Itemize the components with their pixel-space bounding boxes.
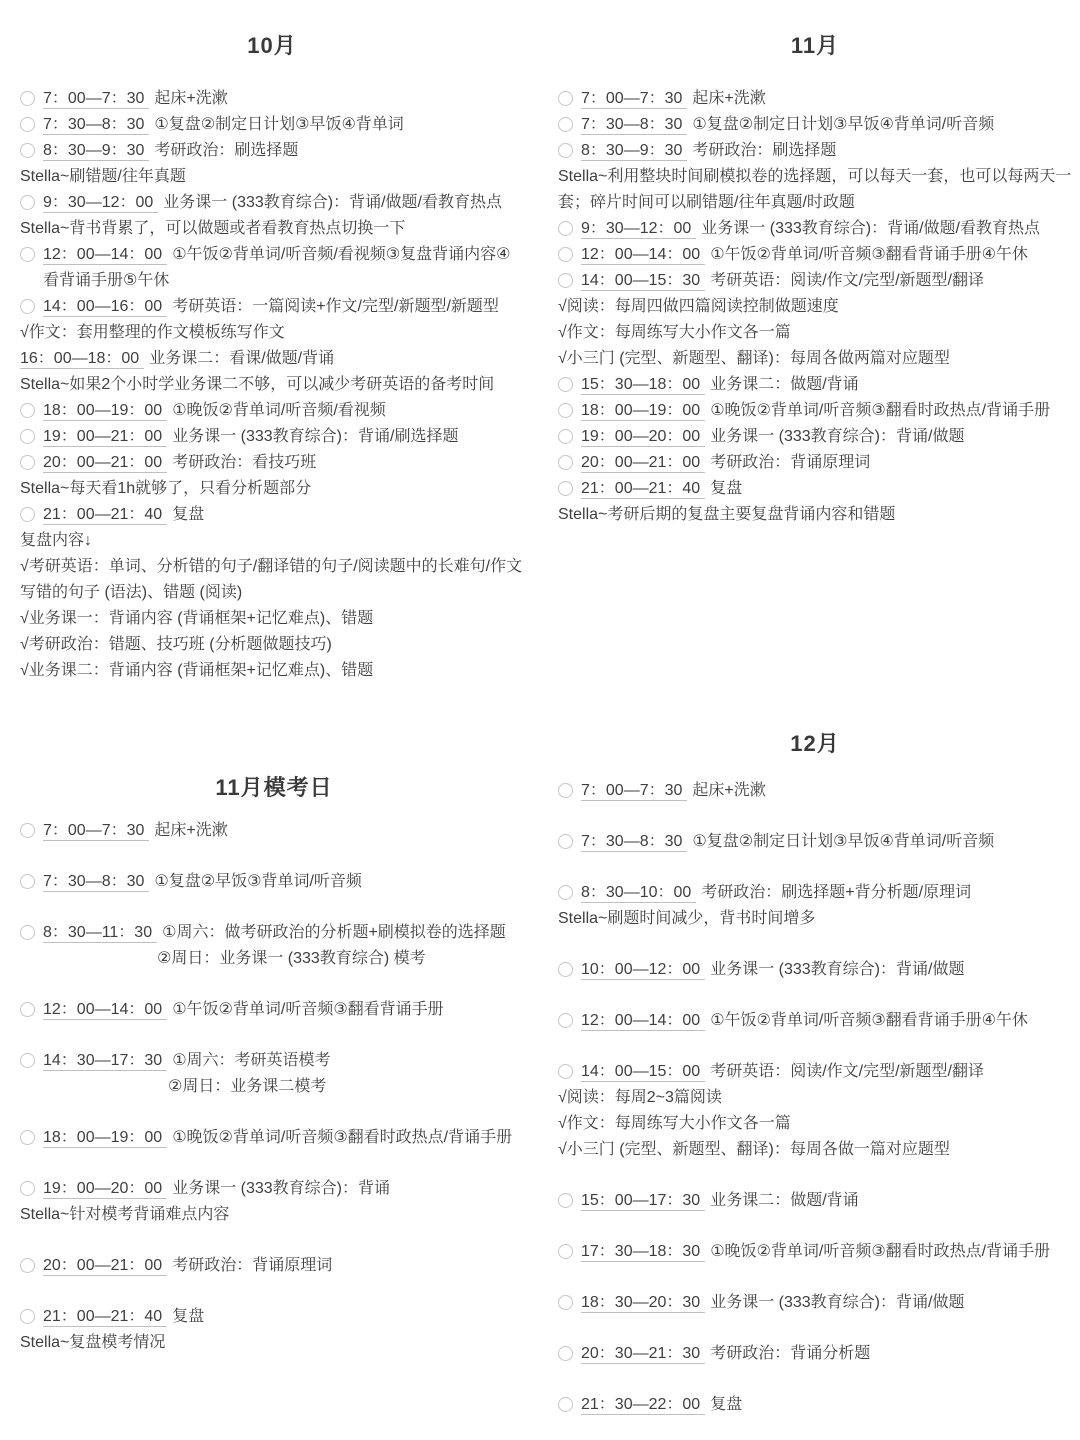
time-range: 7：00—7：30 [581, 782, 687, 801]
task-text: 复盘 [710, 480, 742, 497]
schedule-item: 12：00—14：00①午饭②背单词/听音频/看视频③复盘背诵内容④看背诵手册⑤… [20, 242, 524, 294]
note-line: Stella~考研后期的复盘主要复盘背诵内容和错题 [558, 502, 1072, 528]
time-range: 7：30—8：30 [581, 116, 687, 135]
schedule-block: 21：00—21：40复盘Stella~考研后期的复盘主要复盘背诵内容和错题 [558, 476, 1072, 528]
sub-item: ②周日：业务课一 (333教育综合) 模考 [20, 946, 528, 972]
item-content: 19：00—20：00业务课一 (333教育综合)：背诵 [43, 1176, 528, 1202]
item-content: 20：00—21：00考研政治：看技巧班 [43, 450, 524, 476]
task-text: 业务课二：做题/背诵 [710, 376, 858, 393]
schedule-block: 14：30—17：30①周六：考研英语模考②周日：业务课二模考 [20, 1048, 528, 1100]
schedule-item: 19：00—20：00业务课一 (333教育综合)：背诵/做题 [558, 424, 1072, 450]
time-range: 15：30—18：00 [581, 376, 705, 395]
item-content: 18：00—19：00①晚饭②背单词/听音频③翻看时政热点/背诵手册 [581, 398, 1072, 424]
time-range: 14：00—15：30 [581, 272, 705, 291]
schedule-item: 20：00—21：00考研政治：背诵原理词 [558, 450, 1072, 476]
section-title: 11月模考日 [20, 772, 528, 804]
time-range: 7：30—8：30 [43, 116, 149, 135]
note-line: √阅读：每周四做四篇阅读控制做题速度 [558, 294, 1072, 320]
schedule-item: 8：30—9：30考研政治：刷选择题 [20, 138, 524, 164]
checkbox-circle-icon[interactable] [20, 925, 35, 940]
task-text: ①晚饭②背单词/听音频/看视频 [172, 402, 386, 419]
task-text: 考研政治：刷选择题+背分析题/原理词 [701, 884, 971, 901]
time-range: 14：00—15：00 [581, 1063, 705, 1082]
checkbox-circle-icon[interactable] [558, 403, 573, 418]
item-content: 7：00—7：30起床+洗漱 [43, 818, 528, 844]
item-content: 19：00—21：00业务课一 (333教育综合)：背诵/刷选择题 [43, 424, 524, 450]
checkbox-circle-icon[interactable] [20, 299, 35, 314]
time-range: 7：00—7：30 [581, 90, 687, 109]
item-content: 8：30—10：00考研政治：刷选择题+背分析题/原理词 [581, 880, 1072, 906]
task-text: ①午饭②背单词/听音频③翻看背诵手册④午休 [710, 1012, 1028, 1029]
item-content: 17：30—18：30①晚饭②背单词/听音频③翻看时政热点/背诵手册 [581, 1239, 1072, 1265]
time-range: 18：00—19：00 [43, 1129, 167, 1148]
item-content: 15：00—17：30业务课二：做题/背诵 [581, 1188, 1072, 1214]
schedule-block: 18：00—19：00①晚饭②背单词/听音频③翻看时政热点/背诵手册 [20, 1125, 528, 1151]
schedule-item: 7：00—7：30起床+洗漱 [20, 86, 524, 112]
time-range: 21：30—22：00 [581, 1396, 705, 1415]
schedule-item: 7：30—8：30①复盘②制定日计划③早饭④背单词 [20, 112, 524, 138]
schedule-block: √业务课二：背诵内容 (背诵框架+记忆难点)、错题 [20, 658, 524, 684]
item-content: 12：00—14：00①午饭②背单词/听音频③翻看背诵手册④午休 [581, 242, 1072, 268]
schedule-block: 9：30—12：00业务课一 (333教育综合)：背诵/做题/看教育热点Stel… [20, 190, 524, 242]
task-text: 业务课二：做题/背诵 [710, 1192, 858, 1209]
schedule-item: 12：00—14：00①午饭②背单词/听音频③翻看背诵手册 [20, 997, 528, 1023]
schedule-item: 7：30—8：30①复盘②制定日计划③早饭④背单词/听音频 [558, 112, 1072, 138]
schedule-block: 21：00—21：40复盘Stella~复盘模考情况 [20, 1304, 528, 1356]
time-range: 7：00—7：30 [43, 90, 149, 109]
task-text: ①晚饭②背单词/听音频③翻看时政热点/背诵手册 [710, 402, 1050, 419]
task-text: 业务课二：看课/做题/背诵 [149, 350, 334, 367]
schedule-block: 12：00—14：00①午饭②背单词/听音频/看视频③复盘背诵内容④看背诵手册⑤… [20, 242, 524, 294]
checkbox-circle-icon[interactable] [20, 247, 35, 262]
section-nov-mock: 11月模考日7：00—7：30起床+洗漱7：30—8：30①复盘②早饭③背单词/… [20, 772, 528, 1356]
schedule-block: 16：00—18：00业务课二：看课/做题/背诵Stella~如果2个小时学业务… [20, 346, 524, 398]
task-text: 业务课一 (333教育综合)：背诵/做题/看教育热点 [701, 220, 1040, 237]
section-oct: 10月7：00—7：30起床+洗漱7：30—8：30①复盘②制定日计划③早饭④背… [20, 30, 524, 684]
item-content: 12：00—14：00①午饭②背单词/听音频③翻看背诵手册④午休 [581, 1008, 1072, 1034]
schedule-block: 9：30—12：00业务课一 (333教育综合)：背诵/做题/看教育热点 [558, 216, 1072, 242]
task-text: ①周六：做考研政治的分析题+刷模拟卷的选择题 [162, 924, 506, 941]
time-range: 8：30—10：00 [581, 884, 696, 903]
schedule-block: 21：00—21：40复盘 [20, 502, 524, 528]
checkbox-circle-icon[interactable] [20, 429, 35, 444]
task-text: 考研政治：刷选择题 [154, 142, 298, 159]
time-range: 12：00—14：00 [581, 246, 705, 265]
item-content: 10：00—12：00业务课一 (333教育综合)：背诵/做题 [581, 957, 1072, 983]
schedule-item: 10：00—12：00业务课一 (333教育综合)：背诵/做题 [558, 957, 1072, 983]
schedule-block: 7：00—7：30起床+洗漱 [20, 86, 524, 112]
time-range: 19：00—20：00 [43, 1180, 167, 1199]
schedule-item: 14：00—16：00考研英语：一篇阅读+作文/完型/新题型/新题型 [20, 294, 524, 320]
schedule-item: 7：30—8：30①复盘②制定日计划③早饭④背单词/听音频 [558, 829, 1072, 855]
item-content: 14：00—15：00考研英语：阅读/作文/完型/新题型/翻译 [581, 1059, 1072, 1085]
schedule-block: 19：00—20：00业务课一 (333教育综合)：背诵/做题 [558, 424, 1072, 450]
time-range: 7：30—8：30 [581, 833, 687, 852]
schedule-block: √业务课一：背诵内容 (背诵框架+记忆难点)、错题 [20, 606, 524, 632]
note-line: √业务课一：背诵内容 (背诵框架+记忆难点)、错题 [20, 606, 524, 632]
schedule-item: 19：00—21：00业务课一 (333教育综合)：背诵/刷选择题 [20, 424, 524, 450]
section-title: 10月 [20, 30, 524, 62]
schedule-item: 20：00—21：00考研政治：看技巧班 [20, 450, 524, 476]
checkbox-circle-icon[interactable] [558, 1346, 573, 1361]
schedule-item: 8：30—11：30①周六：做考研政治的分析题+刷模拟卷的选择题 [20, 920, 528, 946]
schedule-block: 14：00—16：00考研英语：一篇阅读+作文/完型/新题型/新题型√作文：套用… [20, 294, 524, 346]
item-content: 20：00—21：00考研政治：背诵原理词 [43, 1253, 528, 1279]
schedule-block: 8：30—11：30①周六：做考研政治的分析题+刷模拟卷的选择题②周日：业务课一… [20, 920, 528, 972]
schedule-item: 7：30—8：30①复盘②早饭③背单词/听音频 [20, 869, 528, 895]
note-line: Stella~背书背累了，可以做题或者看教育热点切换一下 [20, 216, 524, 242]
item-content: 7：00—7：30起床+洗漱 [43, 86, 524, 112]
task-text: ①周六：考研英语模考 [172, 1052, 330, 1069]
task-text: 复盘 [710, 1396, 742, 1413]
checkbox-circle-icon[interactable] [20, 1309, 35, 1324]
task-text: ①午饭②背单词/听音频③翻看背诵手册④午休 [710, 246, 1028, 263]
note-line: √作文：套用整理的作文模板练写作文 [20, 320, 524, 346]
task-text: 业务课一 (333教育综合)：背诵/做题 [710, 961, 964, 978]
checkbox-circle-icon[interactable] [20, 403, 35, 418]
note-line: √小三门 (完型、新题型、翻译)：每周各做两篇对应题型 [558, 346, 1072, 372]
task-text: ①晚饭②背单词/听音频③翻看时政热点/背诵手册 [710, 1243, 1050, 1260]
schedule-block: 10：00—12：00业务课一 (333教育综合)：背诵/做题 [558, 957, 1072, 983]
schedule-block: 15：00—17：30业务课二：做题/背诵 [558, 1188, 1072, 1214]
time-range: 15：00—17：30 [581, 1192, 705, 1211]
schedule-item: 20：30—21：30考研政治：背诵分析题 [558, 1341, 1072, 1367]
checkbox-circle-icon[interactable] [558, 429, 573, 444]
note-line: √业务课二：背诵内容 (背诵框架+记忆难点)、错题 [20, 658, 524, 684]
time-range: 20：00—21：00 [43, 1257, 167, 1276]
checkbox-circle-icon[interactable] [558, 273, 573, 288]
note-line: √阅读：每周2~3篇阅读 [558, 1085, 1072, 1111]
schedule-block: 8：30—9：30考研政治：刷选择题Stella~刷错题/往年真题 [20, 138, 524, 190]
task-text: 考研政治：刷选择题 [692, 142, 836, 159]
schedule-item: 21：00—21：40复盘 [20, 1304, 528, 1330]
time-range: 8：30—9：30 [581, 142, 687, 161]
schedule-item-no-checkbox: 16：00—18：00业务课二：看课/做题/背诵 [20, 346, 524, 372]
time-range: 20：30—21：30 [581, 1345, 705, 1364]
task-text: ①晚饭②背单词/听音频③翻看时政热点/背诵手册 [172, 1129, 512, 1146]
item-content: 7：00—7：30起床+洗漱 [581, 778, 1072, 804]
time-range: 17：30—18：30 [581, 1243, 705, 1262]
item-content: 18：30—20：30业务课一 (333教育综合)：背诵/做题 [581, 1290, 1072, 1316]
schedule-block: 7：00—7：30起床+洗漱 [558, 778, 1072, 804]
checkbox-circle-icon[interactable] [20, 507, 35, 522]
schedule-item: 12：00—14：00①午饭②背单词/听音频③翻看背诵手册④午休 [558, 1008, 1072, 1034]
checkbox-circle-icon[interactable] [558, 91, 573, 106]
schedule-block: 19：00—21：00业务课一 (333教育综合)：背诵/刷选择题 [20, 424, 524, 450]
note-line: √考研政治：错题、技巧班 (分析题做题技巧) [20, 632, 524, 658]
time-range: 18：00—19：00 [43, 402, 167, 421]
time-range: 19：00—21：00 [43, 428, 167, 447]
task-text: 业务课一 (333教育综合)：背诵/做题/看教育热点 [163, 194, 502, 211]
checkbox-circle-icon[interactable] [558, 962, 573, 977]
time-range: 16：00—18：00 [20, 350, 144, 369]
schedule-block: √考研政治：错题、技巧班 (分析题做题技巧) [20, 632, 524, 658]
schedule-block: 20：00—21：00考研政治：背诵原理词 [20, 1253, 528, 1279]
schedule-block: 17：30—18：30①晚饭②背单词/听音频③翻看时政热点/背诵手册 [558, 1239, 1072, 1265]
schedule-item: 12：00—14：00①午饭②背单词/听音频③翻看背诵手册④午休 [558, 242, 1072, 268]
checkbox-circle-icon[interactable] [20, 1130, 35, 1145]
item-content: 19：00—20：00业务课一 (333教育综合)：背诵/做题 [581, 424, 1072, 450]
time-range: 18：30—20：30 [581, 1294, 705, 1313]
note-line: √作文：每周练写大小作文各一篇 [558, 1111, 1072, 1137]
schedule-item: 21：00—21：40复盘 [20, 502, 524, 528]
item-content: 21：00—21：40复盘 [43, 1304, 528, 1330]
item-content: 7：30—8：30①复盘②制定日计划③早饭④背单词 [43, 112, 524, 138]
schedule-block: 20：30—21：30考研政治：背诵分析题 [558, 1341, 1072, 1367]
task-text: ①复盘②早饭③背单词/听音频 [154, 873, 361, 890]
item-content: 9：30—12：00业务课一 (333教育综合)：背诵/做题/看教育热点 [581, 216, 1072, 242]
schedule-block: 12：00—14：00①午饭②背单词/听音频③翻看背诵手册 [20, 997, 528, 1023]
note-line: Stella~每天看1h就够了，只看分析题部分 [20, 476, 524, 502]
note-line: √小三门 (完型、新题型、翻译)：每周各做一篇对应题型 [558, 1137, 1072, 1163]
task-text: 起床+洗漱 [692, 90, 765, 107]
checkbox-circle-icon[interactable] [20, 1053, 35, 1068]
note-line: Stella~刷题时间减少，背书时间增多 [558, 906, 1072, 932]
checkbox-circle-icon[interactable] [558, 221, 573, 236]
item-content: 12：00—14：00①午饭②背单词/听音频③翻看背诵手册 [43, 997, 528, 1023]
schedule-item: 14：00—15：30考研英语：阅读/作文/完型/新题型/翻译 [558, 268, 1072, 294]
task-text: 复盘 [172, 506, 204, 523]
time-range: 8：30—9：30 [43, 142, 149, 161]
schedule-item: 8：30—9：30考研政治：刷选择题 [558, 138, 1072, 164]
item-content: 14：00—15：30考研英语：阅读/作文/完型/新题型/翻译 [581, 268, 1072, 294]
schedule-item: 21：30—22：00复盘 [558, 1392, 1072, 1418]
task-text: 考研政治：看技巧班 [172, 454, 316, 471]
schedule-block: 20：00—21：00考研政治：背诵原理词 [558, 450, 1072, 476]
time-range: 10：00—12：00 [581, 961, 705, 980]
schedule-block: 7：30—8：30①复盘②制定日计划③早饭④背单词/听音频 [558, 829, 1072, 855]
schedule-block: 15：30—18：00业务课二：做题/背诵 [558, 372, 1072, 398]
time-range: 12：00—14：00 [43, 246, 167, 265]
checkbox-circle-icon[interactable] [558, 1295, 573, 1310]
checkbox-circle-icon[interactable] [558, 143, 573, 158]
schedule-item: 18：00—19：00①晚饭②背单词/听音频③翻看时政热点/背诵手册 [20, 1125, 528, 1151]
time-range: 18：00—19：00 [581, 402, 705, 421]
time-range: 9：30—12：00 [581, 220, 696, 239]
item-content: 18：00—19：00①晚饭②背单词/听音频/看视频 [43, 398, 524, 424]
task-text: 起床+洗漱 [692, 782, 765, 799]
item-content: 7：30—8：30①复盘②早饭③背单词/听音频 [43, 869, 528, 895]
schedule-block: 复盘内容↓ [20, 528, 524, 554]
section-title: 12月 [558, 728, 1072, 760]
schedule-item: 20：00—21：00考研政治：背诵原理词 [20, 1253, 528, 1279]
task-text: 考研政治：背诵原理词 [172, 1257, 332, 1274]
task-text: 复盘 [172, 1308, 204, 1325]
task-text: 考研英语：阅读/作文/完型/新题型/翻译 [710, 1063, 984, 1080]
time-range: 7：00—7：30 [43, 822, 149, 841]
time-range: 21：00—21：40 [581, 480, 705, 499]
checkbox-circle-icon[interactable] [20, 874, 35, 889]
schedule-item: 7：00—7：30起床+洗漱 [20, 818, 528, 844]
item-content: 21：30—22：00复盘 [581, 1392, 1072, 1418]
schedule-item: 7：00—7：30起床+洗漱 [558, 86, 1072, 112]
schedule-block: 14：00—15：00考研英语：阅读/作文/完型/新题型/翻译√阅读：每周2~3… [558, 1059, 1072, 1163]
schedule-block: 18：30—20：30业务课一 (333教育综合)：背诵/做题 [558, 1290, 1072, 1316]
schedule-item: 7：00—7：30起床+洗漱 [558, 778, 1072, 804]
schedule-block: √考研英语：单词、分析错的句子/翻译错的句子/阅读题中的长难句/作文写错的句子 … [20, 554, 524, 606]
checkbox-circle-icon[interactable] [558, 481, 573, 496]
note-line: Stella~复盘模考情况 [20, 1330, 528, 1356]
schedule-block: 20：00—21：00考研政治：看技巧班Stella~每天看1h就够了，只看分析… [20, 450, 524, 502]
item-content: 9：30—12：00业务课一 (333教育综合)：背诵/做题/看教育热点 [43, 190, 524, 216]
checkbox-circle-icon[interactable] [20, 1258, 35, 1273]
schedule-block: 7：30—8：30①复盘②制定日计划③早饭④背单词/听音频 [558, 112, 1072, 138]
schedule-item: 19：00—20：00业务课一 (333教育综合)：背诵 [20, 1176, 528, 1202]
checkbox-circle-icon[interactable] [558, 247, 573, 262]
checkbox-circle-icon[interactable] [558, 1013, 573, 1028]
item-content: 7：30—8：30①复盘②制定日计划③早饭④背单词/听音频 [581, 829, 1072, 855]
schedule-block: 14：00—15：30考研英语：阅读/作文/完型/新题型/翻译√阅读：每周四做四… [558, 268, 1072, 372]
note-line: Stella~利用整块时间刷模拟卷的选择题，可以每天一套，也可以每两天一套；碎片… [558, 164, 1072, 216]
task-text: 业务课一 (333教育综合)：背诵/刷选择题 [172, 428, 458, 445]
task-text: 业务课一 (333教育综合)：背诵/做题 [710, 428, 964, 445]
item-content: 8：30—11：30①周六：做考研政治的分析题+刷模拟卷的选择题 [43, 920, 528, 946]
task-text: 考研政治：背诵分析题 [710, 1345, 870, 1362]
time-range: 14：30—17：30 [43, 1052, 167, 1071]
checkbox-circle-icon[interactable] [20, 455, 35, 470]
schedule-block: 18：00—19：00①晚饭②背单词/听音频③翻看时政热点/背诵手册 [558, 398, 1072, 424]
time-range: 7：30—8：30 [43, 873, 149, 892]
item-content: 8：30—9：30考研政治：刷选择题 [43, 138, 524, 164]
item-content: 18：00—19：00①晚饭②背单词/听音频③翻看时政热点/背诵手册 [43, 1125, 528, 1151]
task-text: ①午饭②背单词/听音频③翻看背诵手册 [172, 1001, 443, 1018]
task-text: 考研英语：阅读/作文/完型/新题型/翻译 [710, 272, 984, 289]
note-line: Stella~如果2个小时学业务课二不够，可以减少考研英语的备考时间 [20, 372, 524, 398]
item-content: 12：00—14：00①午饭②背单词/听音频/看视频③复盘背诵内容④看背诵手册⑤… [43, 242, 524, 294]
time-range: 20：00—21：00 [43, 454, 167, 473]
schedule-block: 7：30—8：30①复盘②早饭③背单词/听音频 [20, 869, 528, 895]
time-range: 21：00—21：40 [43, 1308, 167, 1327]
schedule-item: 14：30—17：30①周六：考研英语模考 [20, 1048, 528, 1074]
schedule-item: 21：00—21：40复盘 [558, 476, 1072, 502]
schedule-item: 17：30—18：30①晚饭②背单词/听音频③翻看时政热点/背诵手册 [558, 1239, 1072, 1265]
item-content: 7：00—7：30起床+洗漱 [581, 86, 1072, 112]
item-content: 14：00—16：00考研英语：一篇阅读+作文/完型/新题型/新题型 [43, 294, 524, 320]
checkbox-circle-icon[interactable] [558, 1244, 573, 1259]
checkbox-circle-icon[interactable] [558, 1397, 573, 1412]
time-range: 21：00—21：40 [43, 506, 167, 525]
sub-item: ②周日：业务课二模考 [20, 1074, 528, 1100]
schedule-item: 9：30—12：00业务课一 (333教育综合)：背诵/做题/看教育热点 [20, 190, 524, 216]
task-text: 起床+洗漱 [154, 90, 227, 107]
time-range: 8：30—11：30 [43, 924, 157, 943]
task-text: ①复盘②制定日计划③早饭④背单词/听音频 [692, 116, 994, 133]
schedule-item: 18：00—19：00①晚饭②背单词/听音频③翻看时政热点/背诵手册 [558, 398, 1072, 424]
schedule-block: 19：00—20：00业务课一 (333教育综合)：背诵Stella~针对模考背… [20, 1176, 528, 1228]
item-content: 14：30—17：30①周六：考研英语模考 [43, 1048, 528, 1074]
task-text: 起床+洗漱 [154, 822, 227, 839]
item-content: 20：00—21：00考研政治：背诵原理词 [581, 450, 1072, 476]
note-line: √作文：每周练写大小作文各一篇 [558, 320, 1072, 346]
time-range: 9：30—12：00 [43, 194, 158, 213]
checkbox-circle-icon[interactable] [20, 117, 35, 132]
schedule-block: 21：30—22：00复盘 [558, 1392, 1072, 1418]
schedule-block: 7：00—7：30起床+洗漱 [558, 86, 1072, 112]
item-content: 20：30—21：30考研政治：背诵分析题 [581, 1341, 1072, 1367]
schedule-block: 12：00—14：00①午饭②背单词/听音频③翻看背诵手册④午休 [558, 242, 1072, 268]
schedule-block: 7：30—8：30①复盘②制定日计划③早饭④背单词 [20, 112, 524, 138]
time-range: 12：00—14：00 [43, 1001, 167, 1020]
section-dec: 12月7：00—7：30起床+洗漱7：30—8：30①复盘②制定日计划③早饭④背… [558, 728, 1072, 1418]
task-text: ①复盘②制定日计划③早饭④背单词 [154, 116, 403, 133]
checkbox-circle-icon[interactable] [20, 1181, 35, 1196]
schedule-block: 8：30—9：30考研政治：刷选择题Stella~利用整块时间刷模拟卷的选择题，… [558, 138, 1072, 216]
time-range: 14：00—16：00 [43, 298, 167, 317]
item-content: 21：00—21：40复盘 [581, 476, 1072, 502]
checkbox-circle-icon[interactable] [20, 195, 35, 210]
note-line: √考研英语：单词、分析错的句子/翻译错的句子/阅读题中的长难句/作文写错的句子 … [20, 554, 524, 606]
checkbox-circle-icon[interactable] [20, 91, 35, 106]
checkbox-circle-icon[interactable] [558, 1193, 573, 1208]
task-text: 考研政治：背诵原理词 [710, 454, 870, 471]
task-text: 业务课一 (333教育综合)：背诵/做题 [710, 1294, 964, 1311]
item-content: 21：00—21：40复盘 [43, 502, 524, 528]
checkbox-circle-icon[interactable] [558, 834, 573, 849]
schedule-item: 15：30—18：00业务课二：做题/背诵 [558, 372, 1072, 398]
schedule-block: 8：30—10：00考研政治：刷选择题+背分析题/原理词Stella~刷题时间减… [558, 880, 1072, 932]
schedule-item: 14：00—15：00考研英语：阅读/作文/完型/新题型/翻译 [558, 1059, 1072, 1085]
schedule-block: 12：00—14：00①午饭②背单词/听音频③翻看背诵手册④午休 [558, 1008, 1072, 1034]
item-content: 15：30—18：00业务课二：做题/背诵 [581, 372, 1072, 398]
schedule-item: 9：30—12：00业务课一 (333教育综合)：背诵/做题/看教育热点 [558, 216, 1072, 242]
schedule-item: 15：00—17：30业务课二：做题/背诵 [558, 1188, 1072, 1214]
schedule-item: 8：30—10：00考研政治：刷选择题+背分析题/原理词 [558, 880, 1072, 906]
time-range: 20：00—21：00 [581, 454, 705, 473]
checkbox-circle-icon[interactable] [558, 885, 573, 900]
checkbox-circle-icon[interactable] [558, 783, 573, 798]
checkbox-circle-icon[interactable] [558, 117, 573, 132]
schedule-block: 18：00—19：00①晚饭②背单词/听音频/看视频 [20, 398, 524, 424]
section-title: 11月 [558, 30, 1072, 62]
time-range: 19：00—20：00 [581, 428, 705, 447]
checkbox-circle-icon[interactable] [20, 1002, 35, 1017]
checkbox-circle-icon[interactable] [558, 377, 573, 392]
schedule-item: 18：00—19：00①晚饭②背单词/听音频/看视频 [20, 398, 524, 424]
checkbox-circle-icon[interactable] [558, 455, 573, 470]
checkbox-circle-icon[interactable] [558, 1064, 573, 1079]
item-content: 16：00—18：00业务课二：看课/做题/背诵 [20, 346, 524, 372]
section-nov: 11月7：00—7：30起床+洗漱7：30—8：30①复盘②制定日计划③早饭④背… [558, 30, 1072, 528]
checkbox-circle-icon[interactable] [20, 143, 35, 158]
task-text: ①复盘②制定日计划③早饭④背单词/听音频 [692, 833, 994, 850]
task-text: 考研英语：一篇阅读+作文/完型/新题型/新题型 [172, 298, 499, 315]
item-content: 7：30—8：30①复盘②制定日计划③早饭④背单词/听音频 [581, 112, 1072, 138]
note-line: 复盘内容↓ [20, 528, 524, 554]
schedule-item: 18：30—20：30业务课一 (333教育综合)：背诵/做题 [558, 1290, 1072, 1316]
time-range: 12：00—14：00 [581, 1012, 705, 1031]
checkbox-circle-icon[interactable] [20, 823, 35, 838]
task-text: 业务课一 (333教育综合)：背诵 [172, 1180, 390, 1197]
note-line: Stella~针对模考背诵难点内容 [20, 1202, 528, 1228]
schedule-block: 7：00—7：30起床+洗漱 [20, 818, 528, 844]
note-line: Stella~刷错题/往年真题 [20, 164, 524, 190]
item-content: 8：30—9：30考研政治：刷选择题 [581, 138, 1072, 164]
